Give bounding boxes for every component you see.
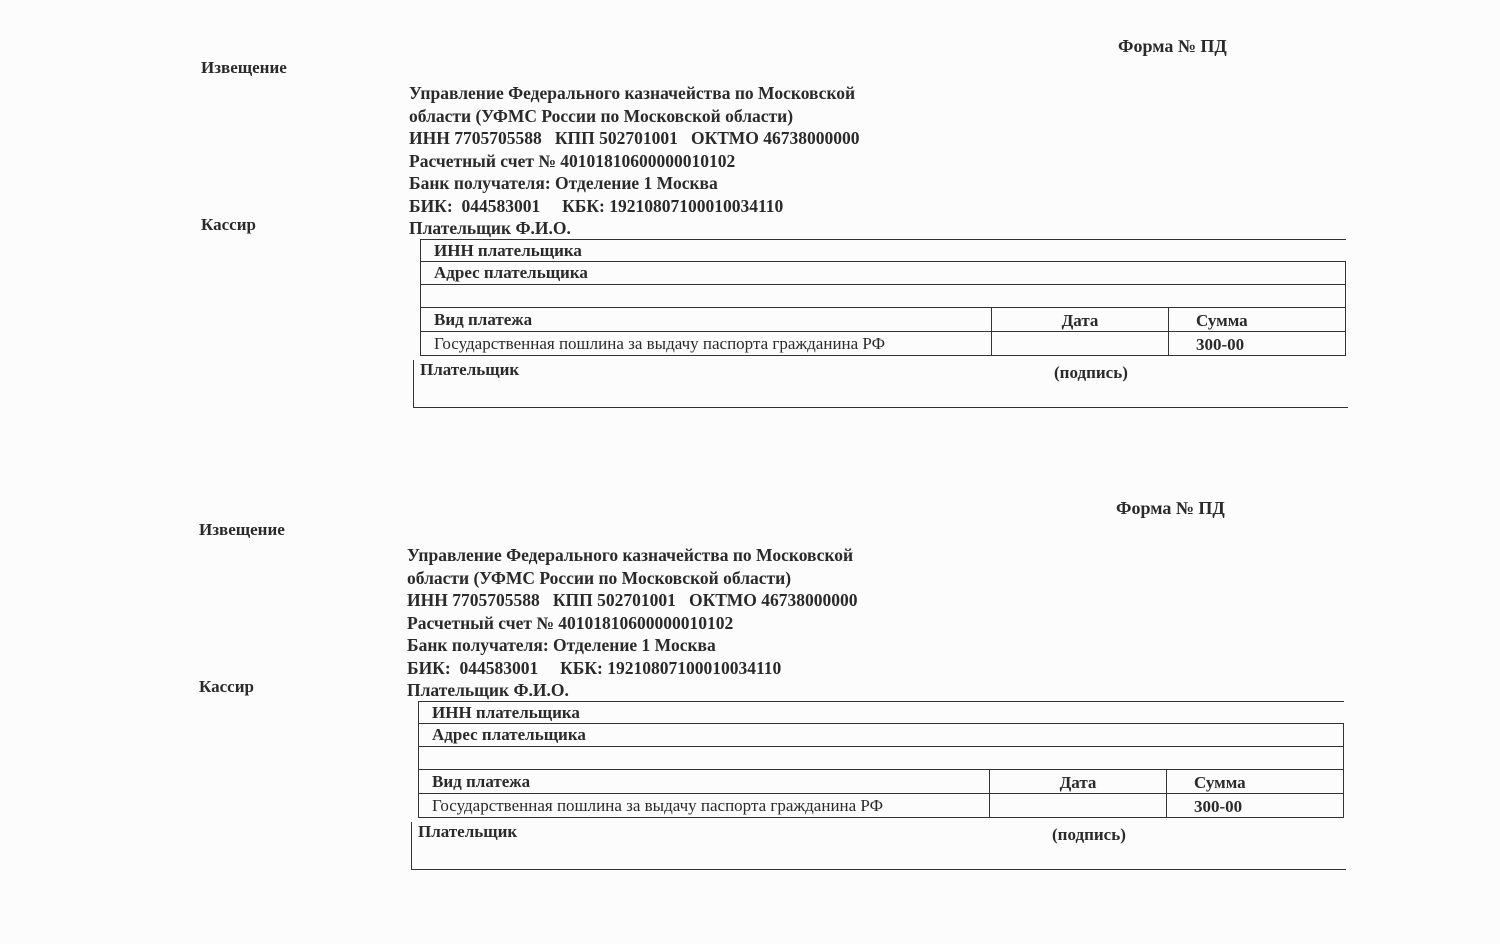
header-amount: Сумма <box>1167 770 1343 793</box>
recipient-line: области (УФМС России по Московской облас… <box>407 567 858 590</box>
payment-table-header: Вид платежа Дата Сумма <box>420 308 1346 332</box>
payer-label: Плательщик <box>420 360 519 380</box>
notice-label: Извещение <box>199 520 285 540</box>
amount-cell: 300-00 <box>1169 332 1345 355</box>
recipient-line: Управление Федерального казначейства по … <box>409 82 860 105</box>
payment-table-header: Вид платежа Дата Сумма <box>418 770 1344 794</box>
recipient-line: Расчетный счет № 40101810600000010102 <box>409 150 860 173</box>
header-payment-type: Вид платежа <box>421 308 992 331</box>
payer-address-row: Адрес плательщика <box>420 262 1346 285</box>
recipient-line: области (УФМС России по Московской облас… <box>409 105 860 128</box>
cashier-label: Кассир <box>199 677 254 697</box>
recipient-details: Управление Федерального казначейства по … <box>409 82 860 240</box>
recipient-details: Управление Федерального казначейства по … <box>407 544 858 702</box>
date-cell <box>992 332 1169 355</box>
form-number: Форма № ПД <box>1118 36 1227 57</box>
payer-name-label: Плательщик Ф.И.О. <box>409 217 860 240</box>
payer-inn-row: ИНН плательщика <box>420 239 1346 262</box>
payer-inn-label: ИНН плательщика <box>434 241 582 261</box>
amount-cell: 300-00 <box>1167 794 1343 817</box>
payer-table: ИНН плательщика Адрес плательщика Вид пл… <box>418 701 1344 818</box>
payer-table: ИНН плательщика Адрес плательщика Вид пл… <box>420 239 1346 356</box>
payer-address-row: Адрес плательщика <box>418 724 1344 747</box>
payer-name-label: Плательщик Ф.И.О. <box>407 679 858 702</box>
signature-area: Плательщик (подпись) <box>411 822 1346 870</box>
payer-label: Плательщик <box>418 822 517 842</box>
date-cell <box>990 794 1167 817</box>
signature-label: (подпись) <box>1052 825 1126 845</box>
table-row: Государственная пошлина за выдачу паспор… <box>420 332 1346 356</box>
recipient-line: БИК: 044583001 КБК: 19210807100010034110 <box>409 195 860 218</box>
payment-type-cell: Государственная пошлина за выдачу паспор… <box>421 332 992 355</box>
recipient-line: Управление Федерального казначейства по … <box>407 544 858 567</box>
header-date: Дата <box>990 770 1167 793</box>
payment-type-cell: Государственная пошлина за выдачу паспор… <box>419 794 990 817</box>
notice-label: Извещение <box>201 58 287 78</box>
form-number: Форма № ПД <box>1116 498 1225 519</box>
recipient-line: Банк получателя: Отделение 1 Москва <box>407 634 858 657</box>
payer-inn-label: ИНН плательщика <box>432 703 580 723</box>
blank-row <box>418 747 1344 770</box>
recipient-line: ИНН 7705705588 КПП 502701001 ОКТМО 46738… <box>409 127 860 150</box>
payer-address-label: Адрес плательщика <box>432 725 586 745</box>
recipient-line: ИНН 7705705588 КПП 502701001 ОКТМО 46738… <box>407 589 858 612</box>
header-amount: Сумма <box>1169 308 1345 331</box>
payment-receipt-2: Форма № ПД Извещение Кассир Управление Ф… <box>0 462 1498 902</box>
table-row: Государственная пошлина за выдачу паспор… <box>418 794 1344 818</box>
signature-area: Плательщик (подпись) <box>413 360 1348 408</box>
cashier-label: Кассир <box>201 215 256 235</box>
recipient-line: Банк получателя: Отделение 1 Москва <box>409 172 860 195</box>
payment-receipt-1: Форма № ПД Извещение Кассир Управление Ф… <box>0 0 1500 440</box>
payer-address-label: Адрес плательщика <box>434 263 588 283</box>
header-payment-type: Вид платежа <box>419 770 990 793</box>
recipient-line: БИК: 044583001 КБК: 19210807100010034110 <box>407 657 858 680</box>
recipient-line: Расчетный счет № 40101810600000010102 <box>407 612 858 635</box>
blank-row <box>420 285 1346 308</box>
payer-inn-row: ИНН плательщика <box>418 701 1344 724</box>
signature-label: (подпись) <box>1054 363 1128 383</box>
header-date: Дата <box>992 308 1169 331</box>
